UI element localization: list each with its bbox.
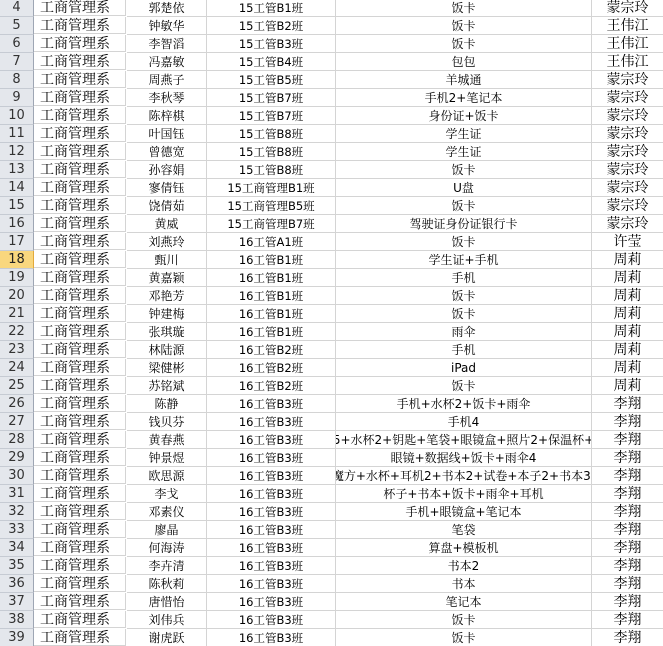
cell-lost-items[interactable]: 饭卡: [336, 377, 592, 395]
cell-teacher[interactable]: 周莉: [592, 323, 663, 341]
cell-student-name[interactable]: 欧思源: [127, 467, 207, 485]
cell-department[interactable]: 工商管理系: [34, 89, 126, 106]
cell-lost-items[interactable]: 手机2+笔记本: [336, 89, 592, 107]
cell-lost-items[interactable]: 饭卡: [336, 287, 592, 305]
cell-student-name[interactable]: 饶倩茹: [127, 197, 207, 215]
cell-student-name[interactable]: 甄川: [127, 251, 207, 269]
cell-department[interactable]: 工商管理系: [34, 359, 126, 376]
cell-class[interactable]: 16工管B1班: [207, 269, 336, 287]
cell-lost-items-text: 手机+水杯2+饭卡+雨伞: [397, 395, 531, 413]
cell-teacher[interactable]: 李翔: [592, 485, 663, 503]
cell-department[interactable]: 工商管理系: [34, 233, 126, 250]
cell-lost-items[interactable]: 学生证: [336, 143, 592, 161]
cell-lost-items[interactable]: 算盘+模板机: [336, 539, 592, 557]
cell-student-name[interactable]: 陈静: [127, 395, 207, 413]
cell-teacher[interactable]: 李翔: [592, 593, 663, 611]
cell-lost-items-text: 算盘+模板机: [428, 539, 498, 557]
cell-student-name[interactable]: 廖晶: [127, 521, 207, 539]
cell-department[interactable]: 工商管理系: [34, 107, 126, 124]
cell-student-name[interactable]: 苏铭斌: [127, 377, 207, 395]
cell-department[interactable]: 工商管理系: [34, 251, 126, 268]
cell-class[interactable]: 15工管B4班: [207, 53, 336, 71]
cell-department[interactable]: 工商管理系: [34, 557, 126, 574]
cell-lost-items[interactable]: U盘: [336, 179, 592, 197]
row-header[interactable]: 37: [0, 593, 34, 611]
cell-class[interactable]: 16工管B3班: [207, 611, 336, 629]
row-header[interactable]: 33: [0, 521, 34, 539]
cell-department[interactable]: 工商管理系: [34, 521, 126, 538]
cell-teacher[interactable]: 李翔: [592, 629, 663, 646]
cell-lost-items-text: 饭卡: [451, 629, 475, 646]
cell-teacher[interactable]: 李翔: [592, 431, 663, 449]
cell-department[interactable]: 工商管理系: [34, 503, 126, 520]
row-header[interactable]: 29: [0, 449, 34, 467]
cell-lost-items-text: 手机5+水杯2+钥匙+笔袋+眼镜盒+照片2+保温杯+饭卡: [336, 431, 592, 449]
cell-student-name[interactable]: 邓素仪: [127, 503, 207, 521]
cell-lost-items[interactable]: 笔袋: [336, 521, 592, 539]
cell-department[interactable]: 工商管理系: [34, 395, 126, 412]
cell-class[interactable]: 16工管B3班: [207, 395, 336, 413]
cell-department[interactable]: 工商管理系: [34, 305, 126, 322]
row-header[interactable]: 28: [0, 431, 34, 449]
cell-lost-items[interactable]: 学生证+手机: [336, 251, 592, 269]
row-header[interactable]: 16: [0, 215, 34, 233]
cell-teacher[interactable]: 李翔: [592, 449, 663, 467]
cell-class[interactable]: 16工管B3班: [207, 557, 336, 575]
cell-teacher[interactable]: 李翔: [592, 413, 663, 431]
row-header[interactable]: 15: [0, 197, 34, 215]
cell-student-name[interactable]: 黄嘉颖: [127, 269, 207, 287]
cell-teacher[interactable]: 周莉: [592, 269, 663, 287]
cell-lost-items[interactable]: 雨伞: [336, 323, 592, 341]
cell-lost-items[interactable]: 羊城通: [336, 71, 592, 89]
cell-class[interactable]: 16工管A1班: [207, 233, 336, 251]
cell-class[interactable]: 16工管B3班: [207, 575, 336, 593]
cell-lost-items-text: 手机: [451, 341, 475, 359]
cell-student-name[interactable]: 钟建梅: [127, 305, 207, 323]
cell-class[interactable]: 15工管B8班: [207, 125, 336, 143]
cell-lost-items-text: 学生证: [445, 143, 481, 161]
row-header[interactable]: 32: [0, 503, 34, 521]
cell-lost-items[interactable]: 身份证+饭卡: [336, 107, 592, 125]
cell-department[interactable]: 工商管理系: [34, 485, 126, 502]
row-header[interactable]: 39: [0, 629, 34, 646]
cell-lost-items-text: 身份证+饭卡: [428, 107, 498, 125]
cell-class[interactable]: 16工管B3班: [207, 467, 336, 485]
cell-lost-items-text: 饭卡: [451, 17, 475, 35]
cell-student-name[interactable]: 李卉清: [127, 557, 207, 575]
cell-lost-items-text: 手机: [451, 269, 475, 287]
row-header[interactable]: 4: [0, 0, 34, 17]
cell-lost-items[interactable]: 饭卡: [336, 629, 592, 646]
cell-lost-items-text: 书本2: [448, 557, 480, 575]
cell-lost-items-text: 羊城通: [445, 71, 481, 89]
cell-department[interactable]: 工商管理系: [34, 629, 126, 646]
cell-class[interactable]: 15工管B7班: [207, 89, 336, 107]
row-header[interactable]: 25: [0, 377, 34, 395]
cell-department[interactable]: 工商管理系: [34, 269, 126, 286]
cell-teacher[interactable]: 王伟江: [592, 35, 663, 53]
row-header[interactable]: 30: [0, 467, 34, 485]
cell-lost-items-text: 笔记本: [445, 593, 481, 611]
cell-student-name[interactable]: 黄威: [127, 215, 207, 233]
cell-teacher[interactable]: 王伟江: [592, 17, 663, 35]
cell-department[interactable]: 工商管理系: [34, 215, 126, 232]
row-header[interactable]: 21: [0, 305, 34, 323]
cell-student-name[interactable]: 李戈: [127, 485, 207, 503]
cell-student-name[interactable]: 寥倩钰: [127, 179, 207, 197]
cell-department[interactable]: 工商管理系: [34, 53, 126, 70]
row-header[interactable]: 31: [0, 485, 34, 503]
row-header[interactable]: 23: [0, 341, 34, 359]
cell-class[interactable]: 16工管B3班: [207, 431, 336, 449]
cell-student-name[interactable]: 钟敏华: [127, 17, 207, 35]
row-header[interactable]: 12: [0, 143, 34, 161]
cell-lost-items[interactable]: 饭卡: [336, 35, 592, 53]
cell-class[interactable]: 15工商管理B7班: [207, 215, 336, 233]
cell-lost-items[interactable]: 驾驶证身份证银行卡: [336, 215, 592, 233]
cell-lost-items-text: 饭卡: [451, 305, 475, 323]
cell-lost-items[interactable]: 饭卡: [336, 161, 592, 179]
cell-student-name[interactable]: 林陆源: [127, 341, 207, 359]
cell-teacher[interactable]: 蒙宗玲: [592, 125, 663, 143]
cell-teacher[interactable]: 蒙宗玲: [592, 143, 663, 161]
cell-class[interactable]: 15工商管理B1班: [207, 179, 336, 197]
cell-department[interactable]: 工商管理系: [34, 593, 126, 610]
cell-class[interactable]: 16工管B2班: [207, 377, 336, 395]
row-header[interactable]: 27: [0, 413, 34, 431]
cell-teacher[interactable]: 蒙宗玲: [592, 0, 663, 17]
cell-lost-items[interactable]: 手机+眼镜盒+笔记本: [336, 503, 592, 521]
cell-department[interactable]: 工商管理系: [34, 161, 126, 178]
cell-lost-items[interactable]: 笔记本: [336, 593, 592, 611]
cell-lost-items-text: 饭卡: [451, 233, 475, 251]
cell-class[interactable]: 15工管B1班: [207, 0, 336, 17]
row-header[interactable]: 5: [0, 17, 34, 35]
cell-teacher[interactable]: 李翔: [592, 557, 663, 575]
row-header[interactable]: 9: [0, 89, 34, 107]
cell-department[interactable]: 工商管理系: [34, 539, 126, 556]
cell-lost-items[interactable]: 手机: [336, 341, 592, 359]
row-header[interactable]: 17: [0, 233, 34, 251]
cell-teacher[interactable]: 周莉: [592, 341, 663, 359]
cell-teacher[interactable]: 周莉: [592, 359, 663, 377]
cell-teacher[interactable]: 蒙宗玲: [592, 197, 663, 215]
cell-class[interactable]: 15工管B7班: [207, 107, 336, 125]
cell-class[interactable]: 16工管B1班: [207, 251, 336, 269]
cell-lost-items-text: 学生证+手机: [428, 251, 498, 269]
cell-student-name[interactable]: 陈梓棋: [127, 107, 207, 125]
cell-class[interactable]: 16工管B1班: [207, 305, 336, 323]
cell-lost-items-text: 饭卡: [451, 377, 475, 395]
cell-student-name[interactable]: 钟景煜: [127, 449, 207, 467]
cell-department[interactable]: 工商管理系: [34, 413, 126, 430]
cell-department[interactable]: 工商管理系: [34, 377, 126, 394]
cell-teacher[interactable]: 蒙宗玲: [592, 71, 663, 89]
cell-lost-items-text: 饭卡: [451, 161, 475, 179]
cell-teacher[interactable]: 李翔: [592, 521, 663, 539]
row-header[interactable]: 20: [0, 287, 34, 305]
cell-class[interactable]: 15工管B3班: [207, 35, 336, 53]
row-header[interactable]: 10: [0, 107, 34, 125]
row-header[interactable]: 35: [0, 557, 34, 575]
cell-lost-items[interactable]: 书本: [336, 575, 592, 593]
row-header[interactable]: 6: [0, 35, 34, 53]
cell-class[interactable]: 15工管B5班: [207, 71, 336, 89]
cell-teacher[interactable]: 周莉: [592, 305, 663, 323]
cell-teacher[interactable]: 李翔: [592, 503, 663, 521]
cell-teacher[interactable]: 李翔: [592, 539, 663, 557]
cell-class[interactable]: 15工管B8班: [207, 161, 336, 179]
row-header[interactable]: 38: [0, 611, 34, 629]
cell-department[interactable]: 工商管理系: [34, 341, 126, 358]
row-header[interactable]: 18: [0, 251, 34, 269]
cell-teacher[interactable]: 蒙宗玲: [592, 161, 663, 179]
row-header[interactable]: 8: [0, 71, 34, 89]
cell-student-name[interactable]: 孙容娟: [127, 161, 207, 179]
cell-lost-items-text: U盘: [453, 179, 474, 197]
cell-student-name[interactable]: 冯嘉敏: [127, 53, 207, 71]
row-header[interactable]: 13: [0, 161, 34, 179]
cell-lost-items-text: 书本: [451, 575, 475, 593]
cell-class[interactable]: 16工管B3班: [207, 629, 336, 646]
cell-teacher[interactable]: 李翔: [592, 395, 663, 413]
cell-class[interactable]: 16工管B1班: [207, 323, 336, 341]
cell-class[interactable]: 16工管B3班: [207, 449, 336, 467]
cell-student-name[interactable]: 周燕子: [127, 71, 207, 89]
cell-teacher[interactable]: 李翔: [592, 575, 663, 593]
cell-department[interactable]: 工商管理系: [34, 323, 126, 340]
cell-teacher[interactable]: 周莉: [592, 251, 663, 269]
cell-student-name[interactable]: 张琪璇: [127, 323, 207, 341]
row-header[interactable]: 26: [0, 395, 34, 413]
cell-lost-items[interactable]: 杯子+书本+饭卡+雨伞+耳机: [336, 485, 592, 503]
cell-class[interactable]: 16工管B3班: [207, 521, 336, 539]
cell-student-name[interactable]: 钱贝芬: [127, 413, 207, 431]
cell-lost-items-text: 2+魔方+水杯+耳机2+书本2+试卷+本子2+书本3+雨: [336, 467, 592, 485]
cell-lost-items[interactable]: 包包: [336, 53, 592, 71]
cell-class[interactable]: 16工管B1班: [207, 287, 336, 305]
cell-student-name[interactable]: 唐惜怡: [127, 593, 207, 611]
cell-class[interactable]: 16工管B3班: [207, 539, 336, 557]
cell-lost-items-text: 驾驶证身份证银行卡: [409, 215, 517, 233]
cell-department[interactable]: 工商管理系: [34, 0, 126, 16]
cell-lost-items-text: 饭卡: [451, 35, 475, 53]
cell-lost-items-text: 学生证: [445, 125, 481, 143]
cell-lost-items[interactable]: 饭卡: [336, 233, 592, 251]
cell-lost-items-text: 饭卡: [451, 287, 475, 305]
cell-teacher[interactable]: 周莉: [592, 287, 663, 305]
row-header[interactable]: 36: [0, 575, 34, 593]
cell-class[interactable]: 15工管B8班: [207, 143, 336, 161]
row-header[interactable]: 14: [0, 179, 34, 197]
cell-teacher[interactable]: 李翔: [592, 467, 663, 485]
cell-department[interactable]: 工商管理系: [34, 71, 126, 88]
cell-lost-items[interactable]: 2+魔方+水杯+耳机2+书本2+试卷+本子2+书本3+雨: [336, 467, 592, 485]
cell-department[interactable]: 工商管理系: [34, 449, 126, 466]
cell-lost-items[interactable]: 眼镜+数据线+饭卡+雨伞4: [336, 449, 592, 467]
cell-lost-items-text: 手机2+笔记本: [425, 89, 503, 107]
cell-department[interactable]: 工商管理系: [34, 35, 126, 52]
cell-lost-items[interactable]: 手机: [336, 269, 592, 287]
cell-lost-items-text: 雨伞: [451, 323, 475, 341]
row-header[interactable]: 22: [0, 323, 34, 341]
cell-lost-items-text: 手机+眼镜盒+笔记本: [405, 503, 521, 521]
cell-lost-items-text: 手机4: [448, 413, 480, 431]
cell-lost-items[interactable]: 饭卡: [336, 611, 592, 629]
row-header[interactable]: 24: [0, 359, 34, 377]
cell-class[interactable]: 16工管B3班: [207, 485, 336, 503]
cell-class[interactable]: 16工管B3班: [207, 593, 336, 611]
cell-class[interactable]: 15工管B2班: [207, 17, 336, 35]
cell-lost-items[interactable]: 饭卡: [336, 305, 592, 323]
cell-class[interactable]: 16工管B2班: [207, 359, 336, 377]
cell-student-name[interactable]: 邓艳芳: [127, 287, 207, 305]
cell-student-name[interactable]: 曾德宽: [127, 143, 207, 161]
row-header[interactable]: 19: [0, 269, 34, 287]
cell-class[interactable]: 15工商管理B5班: [207, 197, 336, 215]
cell-department[interactable]: 工商管理系: [34, 125, 126, 142]
cell-department[interactable]: 工商管理系: [34, 467, 126, 484]
cell-lost-items[interactable]: 手机4: [336, 413, 592, 431]
cell-lost-items[interactable]: 手机+水杯2+饭卡+雨伞: [336, 395, 592, 413]
row-header[interactable]: 11: [0, 125, 34, 143]
cell-department[interactable]: 工商管理系: [34, 197, 126, 214]
cell-student-name[interactable]: 刘伟兵: [127, 611, 207, 629]
cell-student-name[interactable]: 李秋琴: [127, 89, 207, 107]
cell-teacher[interactable]: 许莹: [592, 233, 663, 251]
cell-lost-items-text: 杯子+书本+饭卡+雨伞+耳机: [383, 485, 543, 503]
cell-student-name[interactable]: 郭楚依: [127, 0, 207, 17]
cell-student-name[interactable]: 何海涛: [127, 539, 207, 557]
cell-teacher[interactable]: 王伟江: [592, 53, 663, 71]
cell-lost-items-text: 眼镜+数据线+饭卡+雨伞4: [391, 449, 537, 467]
cell-student-name[interactable]: 陈秋莉: [127, 575, 207, 593]
cell-lost-items-text: 包包: [451, 53, 475, 71]
cell-class[interactable]: 16工管B3班: [207, 413, 336, 431]
cell-class[interactable]: 16工管B2班: [207, 341, 336, 359]
cell-department[interactable]: 工商管理系: [34, 17, 126, 34]
cell-student-name[interactable]: 黄春燕: [127, 431, 207, 449]
cell-class[interactable]: 16工管B3班: [207, 503, 336, 521]
cell-department[interactable]: 工商管理系: [34, 431, 126, 448]
cell-student-name[interactable]: 梁健彬: [127, 359, 207, 377]
cell-teacher[interactable]: 周莉: [592, 377, 663, 395]
cell-department[interactable]: 工商管理系: [34, 179, 126, 196]
cell-lost-items-text: 饭卡: [451, 0, 475, 17]
cell-student-name[interactable]: 刘燕玲: [127, 233, 207, 251]
cell-lost-items[interactable]: iPad: [336, 359, 592, 377]
cell-teacher[interactable]: 李翔: [592, 611, 663, 629]
cell-teacher[interactable]: 蒙宗玲: [592, 179, 663, 197]
row-header[interactable]: 34: [0, 539, 34, 557]
cell-lost-items[interactable]: 饭卡: [336, 0, 592, 17]
cell-lost-items[interactable]: 饭卡: [336, 197, 592, 215]
cell-student-name[interactable]: 谢虎跃: [127, 629, 207, 646]
cell-lost-items-text: 饭卡: [451, 197, 475, 215]
cell-lost-items[interactable]: 学生证: [336, 125, 592, 143]
cell-lost-items-text: 饭卡: [451, 611, 475, 629]
cell-lost-items[interactable]: 手机5+水杯2+钥匙+笔袋+眼镜盒+照片2+保温杯+饭卡: [336, 431, 592, 449]
cell-department[interactable]: 工商管理系: [34, 575, 126, 592]
row-header[interactable]: 7: [0, 53, 34, 71]
cell-lost-items-text: 笔袋: [451, 521, 475, 539]
cell-student-name[interactable]: 李智滔: [127, 35, 207, 53]
cell-lost-items[interactable]: 饭卡: [336, 17, 592, 35]
cell-teacher[interactable]: 蒙宗玲: [592, 215, 663, 233]
cell-department[interactable]: 工商管理系: [34, 287, 126, 304]
cell-teacher[interactable]: 蒙宗玲: [592, 107, 663, 125]
cell-teacher[interactable]: 蒙宗玲: [592, 89, 663, 107]
cell-department[interactable]: 工商管理系: [34, 611, 126, 628]
cell-lost-items[interactable]: 书本2: [336, 557, 592, 575]
cell-department[interactable]: 工商管理系: [34, 143, 126, 160]
cell-lost-items-text: iPad: [451, 359, 476, 377]
cell-student-name[interactable]: 叶国钰: [127, 125, 207, 143]
